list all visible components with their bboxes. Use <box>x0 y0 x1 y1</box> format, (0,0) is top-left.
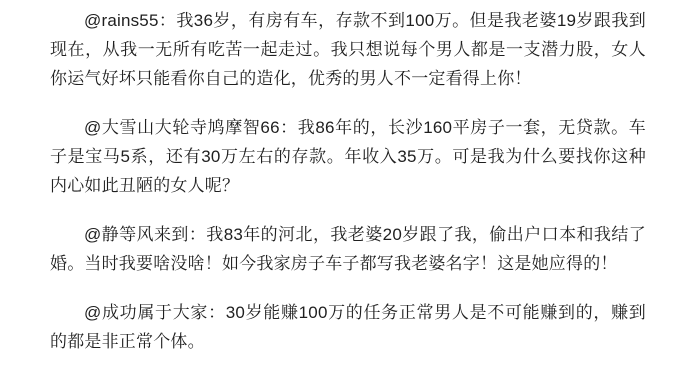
article-body: @rains55：我36岁，有房有车，存款不到100万。但是我老婆19岁跟我到现… <box>0 0 696 356</box>
comment-paragraph: @静等风来到：我83年的河北，我老婆20岁跟了我，偷出户口本和我结了婚。当时我要… <box>50 220 646 278</box>
comment-author: @成功属于大家： <box>84 303 226 322</box>
comment-paragraph: @成功属于大家：30岁能赚100万的任务正常男人是不可能赚到的，赚到的都是非正常… <box>50 298 646 356</box>
comment-paragraph: @rains55：我36岁，有房有车，存款不到100万。但是我老婆19岁跟我到现… <box>50 6 646 93</box>
comment-author: @rains55： <box>84 11 176 30</box>
article-page: { "page": { "background_color": "#ffffff… <box>0 0 696 378</box>
comment-paragraph: @大雪山大轮寺鸠摩智66：我86年的，长沙160平房子一套，无贷款。车子是宝马5… <box>50 113 646 200</box>
comment-author: @静等风来到： <box>84 225 206 244</box>
comment-author: @大雪山大轮寺鸠摩智66： <box>84 118 298 137</box>
